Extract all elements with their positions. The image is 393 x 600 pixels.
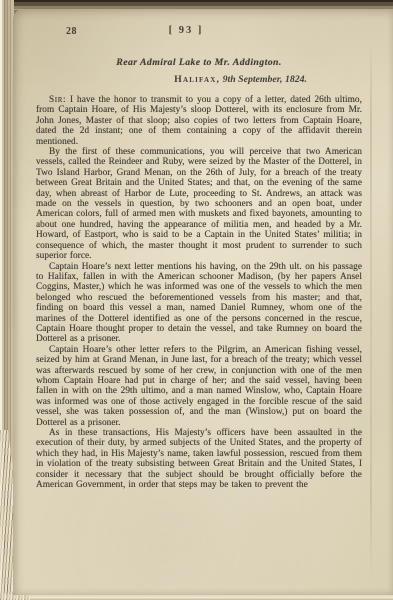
letter-paragraph: Captain Hoare’s next letter mentions his…: [36, 262, 362, 345]
letter-body: Sir: I have the honor to transmit to you…: [36, 95, 362, 490]
letter-heading: Rear Admiral Lake to Mr. Addington.: [36, 57, 362, 68]
paragraph-text: I have the honor to transmit to you a co…: [36, 95, 362, 147]
letter-paragraph: By the first of these communications, yo…: [36, 147, 362, 261]
salutation: Sir:: [49, 95, 66, 105]
page: 28 [ 93 ] Rear Admiral Lake to Mr. Addin…: [13, 9, 393, 595]
letter-paragraph: Sir: I have the honor to transmit to you…: [36, 95, 362, 147]
dateline-place: Halifax,: [174, 74, 220, 85]
page-number: 28: [66, 26, 77, 37]
dateline-date: 9th September, 1824.: [223, 74, 307, 85]
letter-paragraph: Captain Hoare’s other letter refers to t…: [36, 345, 362, 428]
dateline: Halifax, 9th September, 1824.: [36, 74, 362, 85]
letter-paragraph: As in these transactions, His Majesty’s …: [36, 428, 362, 490]
scanned-book-page: 28 [ 93 ] Rear Admiral Lake to Mr. Addin…: [0, 0, 393, 600]
page-header: 28 [ 93 ]: [36, 9, 362, 39]
folio-number: [ 93 ]: [169, 25, 204, 36]
page-content: 28 [ 93 ] Rear Admiral Lake to Mr. Addin…: [13, 9, 393, 490]
